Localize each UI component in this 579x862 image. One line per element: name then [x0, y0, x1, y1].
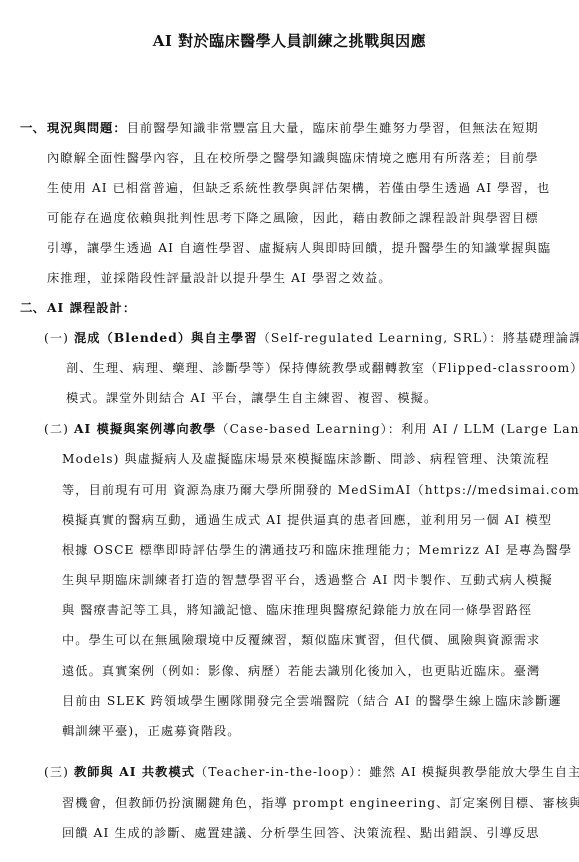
section-1-heading: 現況與問題：: [47, 121, 127, 135]
paragraph-line: （Case-based Learning）：利用 AI / LLM (Large…: [216, 422, 579, 436]
paragraph-line: 目前醫學知識非常豐富且大量，臨床前學生雖努力學習，但無法在短期: [127, 121, 539, 135]
subsection-3-first-line: (三) 教師與 AI 共教模式（Teacher-in-the-loop）：雖然 …: [44, 764, 579, 780]
section-2-number: 二、: [20, 300, 45, 316]
paragraph-line: 可能存在過度依賴與批判性思考下降之風險，因此，藉由教師之課程設計與學習目標: [47, 210, 539, 226]
subsection-2-first-line: (二) AI 模擬與案例導向教學（Case-based Learning）：利用…: [44, 421, 579, 437]
subsection-3-heading: 教師與 AI 共教模式: [74, 765, 195, 779]
paragraph-line: 生使用 AI 已相當普遍，但缺乏系統性教學與評估架構，若僅由學生透過 AI 學習…: [47, 180, 550, 196]
paragraph-line: （Teacher-in-the-loop）：雖然 AI 模擬與教學能放大學生自主…: [195, 765, 579, 779]
paragraph-line: 習機會，但教師仍扮演關鍵角色，指導 prompt engineering、訂定案…: [62, 795, 579, 811]
paragraph-line: 生與早期臨床訓練者打造的智慧學習平台，透過整合 AI 閃卡製作、互動式病人模擬: [62, 572, 553, 588]
subsection-1-number: (一): [44, 331, 69, 345]
paragraph-line: 內瞭解全面性醫學內容，且在校所學之醫學知識與臨床情境之應用有所落差；目前學: [47, 150, 539, 166]
paragraph-line: 根據 OSCE 標準即時評估學生的溝通技巧和臨床推理能力；Memrizz AI …: [62, 542, 572, 558]
paragraph-line: 遠低。真實案例（例如：影像、病歷）若能去識別化後加入，也更貼近臨床。臺灣: [62, 663, 540, 679]
paragraph-line: 模式。課堂外則結合 AI 平台，讓學生自主練習、複習、模擬。: [66, 390, 437, 406]
subsection-3-number: (三): [44, 765, 69, 779]
paragraph-line: 引導，讓學生透過 AI 自適性學習、虛擬病人與即時回饋，提升醫學生的知識掌握與臨: [47, 240, 551, 256]
paragraph-line: 剖、生理、病理、藥理、診斷學等）保持傳統教學或翻轉教室（Flipped-clas…: [66, 360, 579, 376]
paragraph-line: 目前由 SLEK 跨領域學生團隊開發完全雲端醫院（結合 AI 的醫學生線上臨床診…: [62, 693, 562, 709]
section-1-first-line: 現況與問題：目前醫學知識非常豐富且大量，臨床前學生雖努力學習，但無法在短期: [47, 120, 539, 136]
paragraph-line: 中。學生可以在無風險環境中反覆練習，類似臨床實習，但代價、風險與資源需求: [62, 632, 540, 648]
paragraph-line: Models) 與虛擬病人及虛擬臨床場景來模擬臨床診斷、問診、病程管理、決策流程: [62, 451, 550, 467]
paragraph-line: 床推理，並採階段性評量設計以提升學生 AI 學習之效益。: [47, 270, 392, 286]
paragraph-line: 等，目前現有可用 資源為康乃爾大學所開發的 MedSimAI（https://m…: [62, 482, 579, 498]
section-1-number: 一、: [20, 120, 45, 136]
document-page: AI 對於臨床醫學人員訓練之挑戰與因應 一、 現況與問題：目前醫學知識非常豐富且…: [0, 0, 579, 862]
subsection-1-heading: 混成（Blended）與自主學習: [74, 331, 258, 345]
paragraph-line: （Self-regulated Learning, SRL）：將基礎理論課（解: [258, 331, 579, 345]
paragraph-line: 回饋 AI 生成的診斷、處置建議、分析學生回答、決策流程、點出錯誤、引導反思: [62, 825, 540, 841]
subsection-2-number: (二): [44, 422, 69, 436]
paragraph-line: 與 醫療書記等工具，將知識記憶、臨床推理與醫療紀錄能力放在同一條學習路徑: [62, 602, 532, 618]
subsection-2-heading: AI 模擬與案例導向教學: [74, 422, 216, 436]
paragraph-line: 模擬真實的醫病互動，通過生成式 AI 提供逼真的患者回應，並利用另一個 AI 模…: [62, 512, 552, 528]
subsection-1-first-line: (一) 混成（Blended）與自主學習（Self-regulated Lear…: [44, 330, 579, 346]
paragraph-line: 輯訓練平臺)，正處募資階段。: [62, 723, 241, 739]
document-title: AI 對於臨床醫學人員訓練之挑戰與因應: [0, 30, 579, 51]
section-2-heading: AI 課程設計：: [47, 300, 136, 316]
